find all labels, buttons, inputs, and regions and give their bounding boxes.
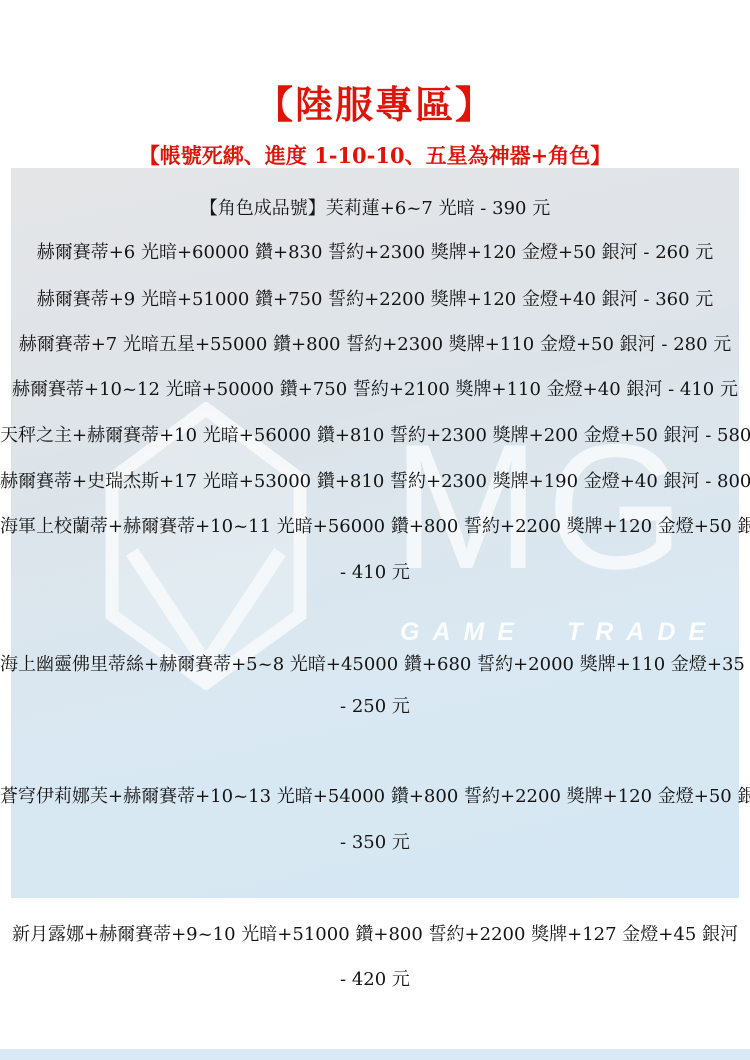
page-subtitle: 【帳號死綁、進度 1-10-10、五星為神器+角色】 (0, 140, 750, 170)
watermark-tagline: GAME TRADE (400, 618, 718, 647)
price-line: - 250 元 (0, 692, 750, 718)
page-title: 【陸服專區】 (0, 74, 750, 129)
listing-line: 蒼穹伊莉娜芙+赫爾賽蒂+10~13 光暗+54000 鑽+800 誓約+2200… (0, 782, 750, 808)
listing-line: 海上幽靈佛里蒂絲+赫爾賽蒂+5~8 光暗+45000 鑽+680 誓約+2000… (0, 650, 750, 676)
listing-line: 【角色成品號】芙莉蓮+6~7 光暗 - 390 元 (0, 194, 750, 220)
bottom-accent-strip (0, 1049, 750, 1060)
listing-line: 赫爾賽蒂+10~12 光暗+50000 鑽+750 誓約+2100 獎牌+110… (0, 375, 750, 401)
listing-line: 天秤之主+赫爾賽蒂+10 光暗+56000 鑽+810 誓約+2300 獎牌+2… (0, 421, 750, 447)
listing-line: 赫爾賽蒂+7 光暗五星+55000 鑽+800 誓約+2300 獎牌+110 金… (0, 330, 750, 356)
price-line: - 410 元 (0, 558, 750, 584)
flyer-page: 【陸服專區】 【帳號死綁、進度 1-10-10、五星為神器+角色】 MG GAM… (0, 0, 750, 1060)
listing-line: 新月露娜+赫爾賽蒂+9~10 光暗+51000 鑽+800 誓約+2200 獎牌… (0, 920, 750, 946)
listing-line: 海軍上校蘭蒂+赫爾賽蒂+10~11 光暗+56000 鑽+800 誓約+2200… (0, 512, 750, 538)
listing-line: 赫爾賽蒂+6 光暗+60000 鑽+830 誓約+2300 獎牌+120 金燈+… (0, 238, 750, 264)
listing-line: 赫爾賽蒂+史瑞杰斯+17 光暗+53000 鑽+810 誓約+2300 獎牌+1… (0, 467, 750, 493)
listing-line: 赫爾賽蒂+9 光暗+51000 鑽+750 誓約+2200 獎牌+120 金燈+… (0, 285, 750, 311)
price-line: - 420 元 (0, 965, 750, 991)
price-line: - 350 元 (0, 828, 750, 854)
